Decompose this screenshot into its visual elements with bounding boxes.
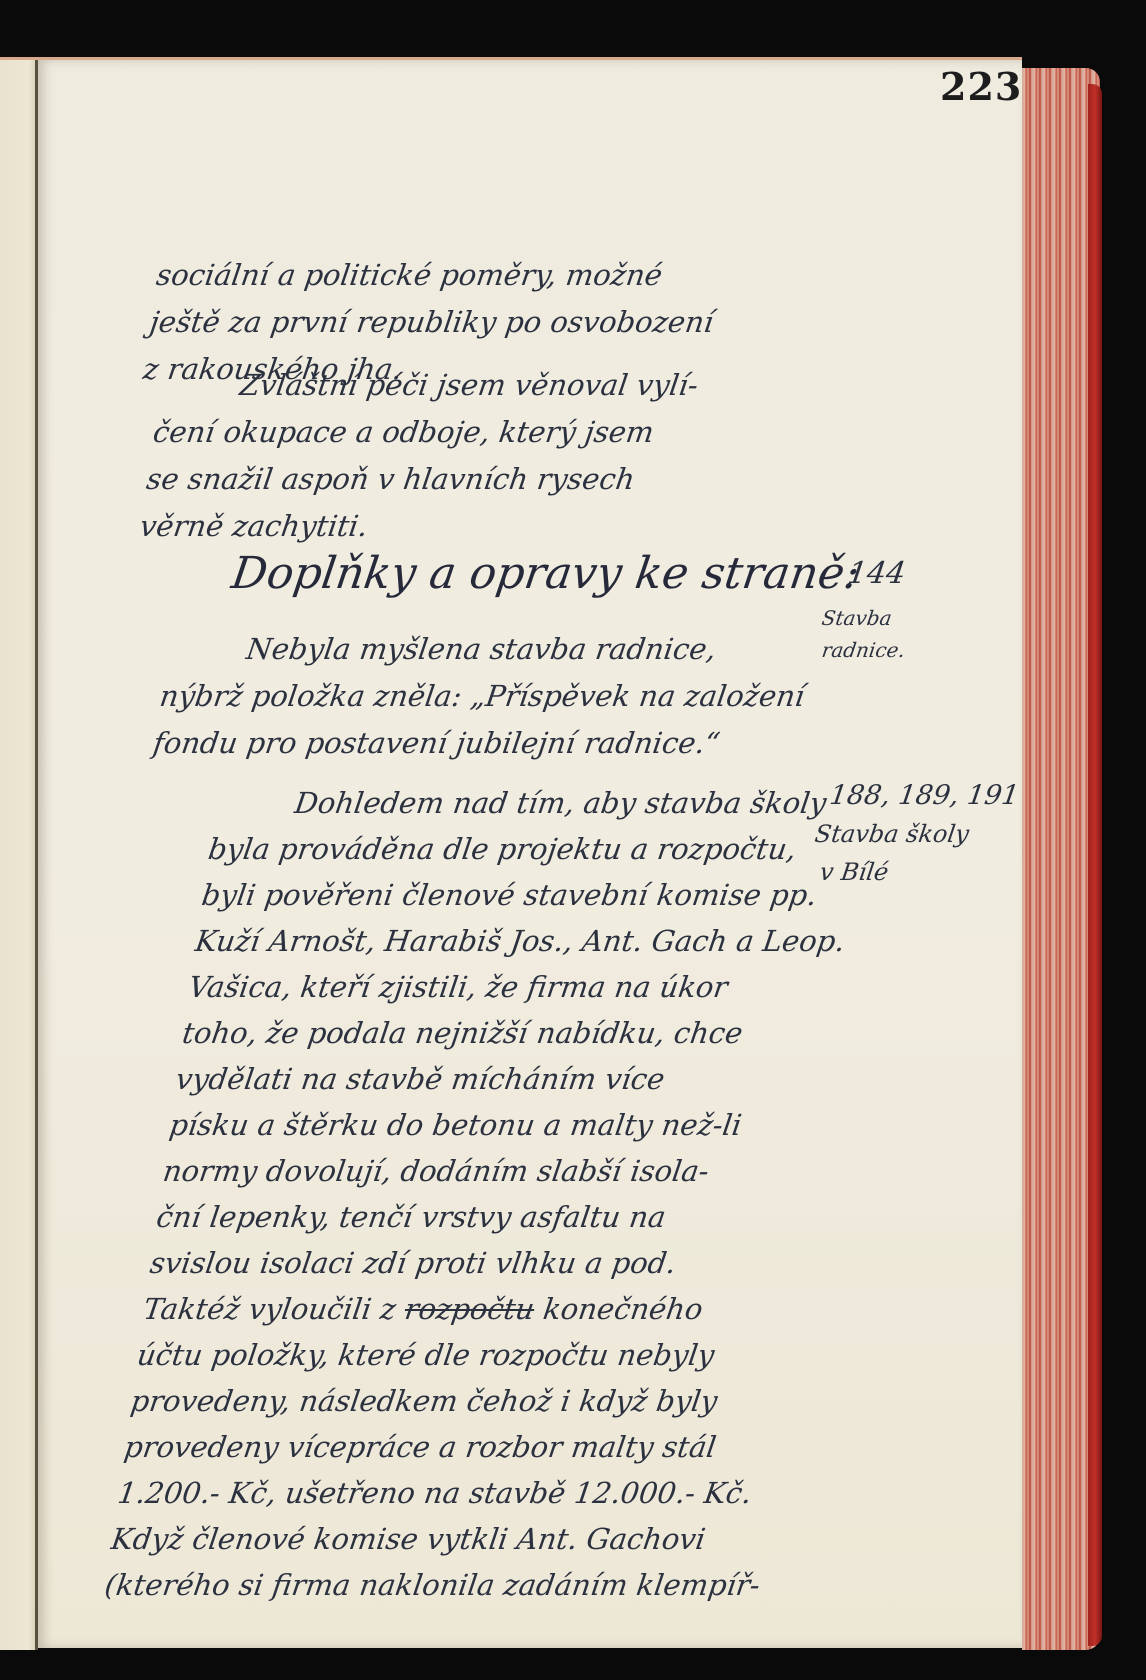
text-line: čení okupace a odboje, který jsem — [150, 409, 695, 456]
struck-word: rozpočtu — [403, 1292, 537, 1326]
text-line: Zvláštní péči jsem věnoval vylí- — [157, 362, 702, 409]
text-line: Dohledem nad tím, aby stavba školy — [212, 780, 873, 826]
text-line: provedeny, následkem čehož i když byly — [128, 1378, 789, 1424]
correction-skola: Dohledem nad tím, aby stavba školy byla … — [102, 780, 873, 1608]
text-line: 1.200.- Kč, ušetřeno na stavbě 12.000.- … — [115, 1470, 776, 1516]
margin-note-page-144: 144 — [846, 556, 908, 591]
text-line: ještě za první republiky po osvobození — [147, 299, 717, 346]
text-line: se snažil aspoň v hlavních rysech — [143, 456, 688, 503]
text-line: věrně zachytiti. — [137, 503, 682, 550]
text-fragment: konečného — [541, 1292, 705, 1326]
text-line: Kuží Arnošt, Harabiš Jos., Ant. Gach a L… — [192, 918, 853, 964]
text-line: nýbrž položka zněla: „Příspěvek na založ… — [157, 673, 808, 720]
text-line: Nebyla myšlena stavba radnice, — [163, 626, 814, 673]
second-paragraph: Zvláštní péči jsem věnoval vylí- čení ok… — [137, 362, 701, 550]
text-line: byla prováděna dle projektu a rozpočtu, — [205, 826, 866, 872]
correction-radnice: Nebyla myšlena stavba radnice, nýbrž pol… — [150, 626, 814, 767]
text-line: Vašica, kteří zjistili, že firma na úkor — [186, 964, 847, 1010]
margin-note-radnice: radnice. — [820, 638, 906, 662]
page-number: 223 — [940, 64, 1022, 109]
text-line: účtu položky, které dle rozpočtu nebyly — [134, 1332, 795, 1378]
margin-note-stavba: Stavba — [820, 606, 893, 630]
text-line: ční lepenky, tenčí vrstvy asfaltu na — [154, 1194, 815, 1240]
text-line: písku a štěrku do betonu a malty než-li — [166, 1102, 827, 1148]
text-line: vydělati na stavbě mícháním více — [173, 1056, 834, 1102]
text-line: sociální a politické poměry, možné — [153, 252, 723, 299]
text-line: svislou isolaci zdí proti vlhku a pod. — [147, 1240, 808, 1286]
book-cover-edge — [1088, 84, 1102, 1646]
facing-left-page-edge — [0, 59, 36, 1650]
text-line: provedeny vícepráce a rozbor malty stál — [121, 1424, 782, 1470]
text-line: Když členové komise vytkli Ant. Gachovi — [108, 1516, 769, 1562]
text-line: toho, že podala nejnižší nabídku, chce — [179, 1010, 840, 1056]
text-line-with-strikethrough: Taktéž vyloučili z rozpočtu konečného — [141, 1286, 802, 1332]
text-line: byli pověřeni členové stavební komise pp… — [199, 872, 860, 918]
section-heading: Doplňky a opravy ke straně: — [228, 548, 862, 599]
text-line: (kterého si firma naklonila zadáním klem… — [102, 1562, 763, 1608]
text-fragment: Taktéž vyloučili z — [141, 1292, 398, 1326]
text-line: normy dovolují, dodáním slabší isola- — [160, 1148, 821, 1194]
text-line: fondu pro postavení jubilejní radnice.“ — [150, 720, 801, 767]
